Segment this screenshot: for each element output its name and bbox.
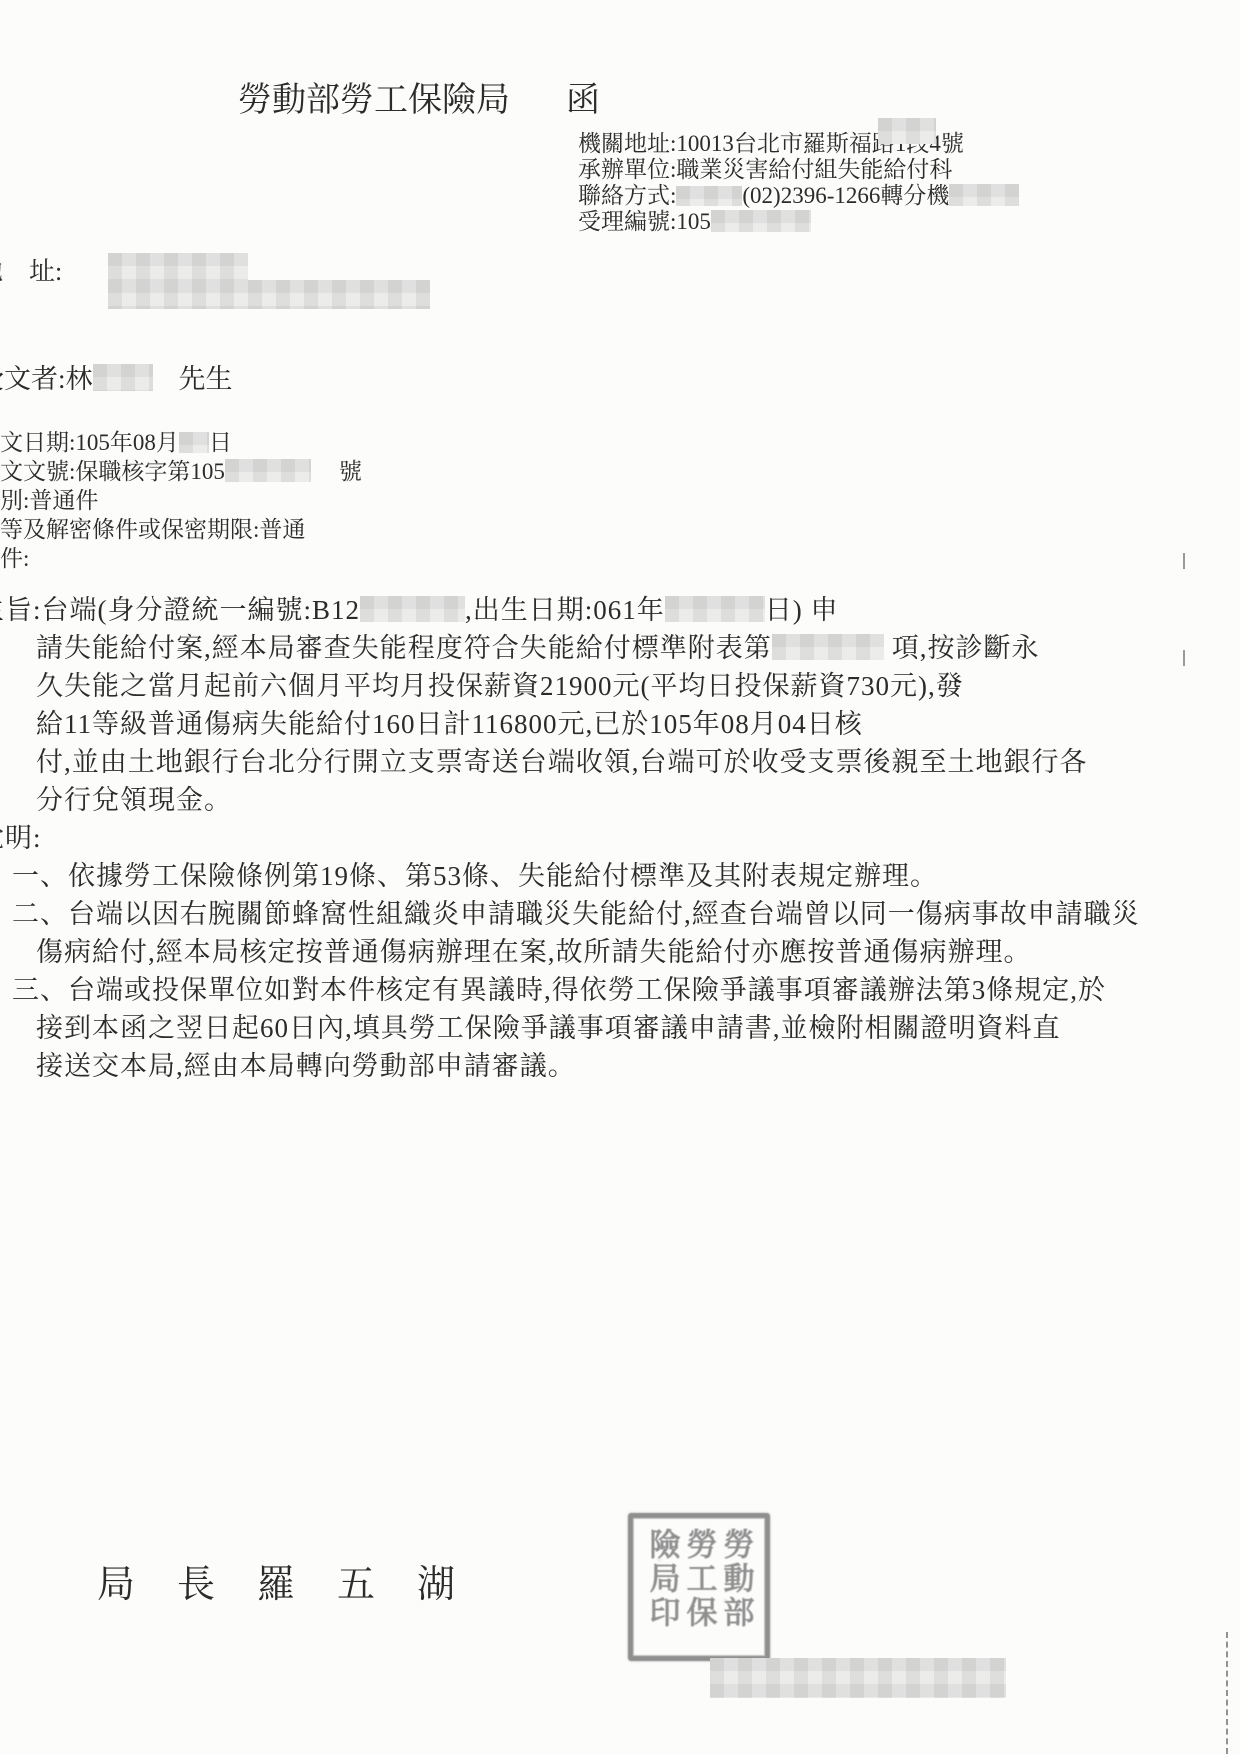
- redaction-blob: [225, 459, 311, 482]
- text-segment: 項,按診斷永: [892, 633, 1040, 663]
- agency-case-no-row: 受理編號:105: [578, 209, 1240, 235]
- page-fold-dashed-line: [1226, 1632, 1228, 1754]
- text-segment: 請失能給付案,經本局審查失能程度符合失能給付標準附表第: [36, 633, 772, 663]
- text-segment: 接到本函之翌日起60日內,填具勞工保險爭議事項審議申請書,並檢附相關證明資料直: [36, 1013, 1061, 1043]
- redaction-blob: [878, 118, 936, 144]
- text-segment: 速別:普通件: [0, 488, 98, 513]
- letter-body: 主旨:台端(身分證統一編號:B12,出生日期:061年日) 申 請失能給付案,經…: [0, 591, 1240, 1085]
- scanned-letter-page: 勞動部勞工保險局函 機關地址:10013台北市羅斯福路1段4號 承辦單位:職業災…: [0, 0, 1240, 1754]
- text-segment: 密等及解密條件或保密期限:普通: [0, 517, 305, 542]
- scan-artifact: [1183, 553, 1185, 569]
- text-segment: 承辦單位:職業災害給付組失能給付科: [578, 157, 952, 182]
- attachment-row: 附件:: [0, 544, 1240, 573]
- issue-date-row: 發文日期:105年08月日: [0, 428, 1240, 457]
- text-segment: 主旨:台端(身分證統一編號:B12: [0, 595, 360, 625]
- agency-contact-block: 機關地址:10013台北市羅斯福路1段4號 承辦單位:職業災害給付組失能給付科 …: [578, 131, 1240, 235]
- text-segment: 附件:: [0, 546, 29, 571]
- text-segment: 久失能之當月起前六個月平均月投保薪資21900元(平均日投保薪資730元),發: [36, 671, 964, 701]
- text-segment: 日: [209, 430, 232, 455]
- subject-line: 付,並由土地銀行台北分行開立支票寄送台端收領,台端可於收受支票後親至土地銀行各: [36, 743, 1240, 781]
- document-title-row: 勞動部勞工保險局函: [238, 72, 1240, 121]
- document-number-row: 發文文號:保職核字第105號: [0, 457, 1240, 486]
- redaction-blob: [711, 210, 811, 232]
- redaction-blob: [772, 634, 884, 660]
- text-segment: 先生: [179, 364, 233, 394]
- explanation-line: 一、依據勞工保險條例第19條、第53條、失能給付標準及其附表規定辦理。: [12, 857, 1240, 895]
- text-segment: 傷病給付,經本局核定按普通傷病辦理在案,故所請失能給付亦應按普通傷病辦理。: [36, 937, 1032, 967]
- subject-line: 給11等級普通傷病失能給付160日計116800元,已於105年08月04日核: [36, 705, 1240, 743]
- scan-artifact: [1183, 650, 1185, 666]
- seal-text: 勞動部勞工保險局印: [644, 1528, 755, 1646]
- text-segment: 說明:: [0, 823, 42, 853]
- text-segment: 分行兌領現金。: [36, 785, 232, 815]
- redaction-blob: [676, 186, 742, 206]
- address-label: 地 址:: [0, 257, 62, 286]
- recipient-row: 受文者:林先生: [0, 357, 1240, 396]
- text-segment: 付,並由土地銀行台北分行開立支票寄送台端收領,台端可於收受支票後親至土地銀行各: [36, 747, 1088, 777]
- document-type-label: 函: [566, 82, 600, 119]
- redaction-blob: [108, 253, 248, 280]
- agency-contact-row: 聯絡方式:(02)2396-1266轉分機: [578, 183, 1240, 209]
- redaction-blob: [179, 432, 209, 453]
- explanation-line: 接到本函之翌日起60日內,填具勞工保險爭議事項審議申請書,並檢附相關證明資料直: [36, 1009, 1240, 1047]
- text-segment: 接送交本局,經由本局轉向勞動部申請審議。: [36, 1051, 576, 1081]
- explanation-line: 二、台端以因右腕關節蜂窩性組織炎申請職災失能給付,經查台端曾以同一傷病事故申請職…: [12, 895, 1240, 933]
- text-segment: 發文文號:保職核字第105: [0, 459, 225, 484]
- redaction-blob: [710, 1658, 1006, 1698]
- text-segment: 號: [339, 459, 362, 484]
- explanation-line: 接送交本局,經由本局轉向勞動部申請審議。: [36, 1047, 1240, 1085]
- text-segment: 一、依據勞工保險條例第19條、第53條、失能給付標準及其附表規定辦理。: [12, 861, 938, 891]
- issuing-agency-title: 勞動部勞工保險局: [238, 82, 510, 119]
- text-segment: 發文日期:105年08月: [0, 430, 179, 455]
- text-segment: 受文者:林: [0, 364, 93, 394]
- explanation-line: 三、台端或投保單位如對本件核定有異議時,得依勞工保險爭議事項審議辦法第3條規定,…: [12, 971, 1240, 1009]
- subject-line: 請失能給付案,經本局審查失能程度符合失能給付標準附表第項,按診斷永: [36, 629, 1240, 667]
- text-segment: 日) 申: [765, 595, 839, 625]
- text-segment: ,出生日期:061年: [465, 595, 665, 625]
- priority-row: 速別:普通件: [0, 486, 1240, 515]
- text-segment: 二、台端以因右腕關節蜂窩性組織炎申請職災失能給付,經查台端曾以同一傷病事故申請職…: [12, 899, 1140, 929]
- document-meta-block: 發文日期:105年08月日 發文文號:保職核字第105號 速別:普通件 密等及解…: [0, 428, 1240, 573]
- official-seal-stamp: 勞動部勞工保險局印: [628, 1513, 770, 1661]
- subject-line: 主旨:台端(身分證統一編號:B12,出生日期:061年日) 申: [0, 591, 1240, 629]
- redaction-blob: [108, 280, 430, 309]
- redaction-blob: [665, 596, 765, 622]
- subject-line: 分行兌領現金。: [36, 781, 1240, 819]
- text-segment: 給11等級普通傷病失能給付160日計116800元,已於105年08月04日核: [36, 709, 863, 739]
- recipient-address-row: 地 址:: [0, 251, 1240, 315]
- explanation-heading: 說明:: [0, 819, 1240, 857]
- explanation-line: 傷病給付,經本局核定按普通傷病辦理在案,故所請失能給付亦應按普通傷病辦理。: [36, 933, 1240, 971]
- text-segment: 受理編號:105: [578, 209, 711, 234]
- redaction-blob: [93, 364, 153, 391]
- redaction-blob: [949, 184, 1019, 206]
- text-segment: 三、台端或投保單位如對本件核定有異議時,得依勞工保險爭議事項審議辦法第3條規定,…: [12, 975, 1106, 1005]
- text-segment: 聯絡方式:: [578, 183, 676, 208]
- agency-unit-row: 承辦單位:職業災害給付組失能給付科: [578, 157, 1240, 183]
- redaction-blob: [360, 596, 465, 622]
- subject-line: 久失能之當月起前六個月平均月投保薪資21900元(平均日投保薪資730元),發: [36, 667, 1240, 705]
- text-segment: (02)2396-1266轉分機: [742, 183, 949, 208]
- classification-row: 密等及解密條件或保密期限:普通: [0, 515, 1240, 544]
